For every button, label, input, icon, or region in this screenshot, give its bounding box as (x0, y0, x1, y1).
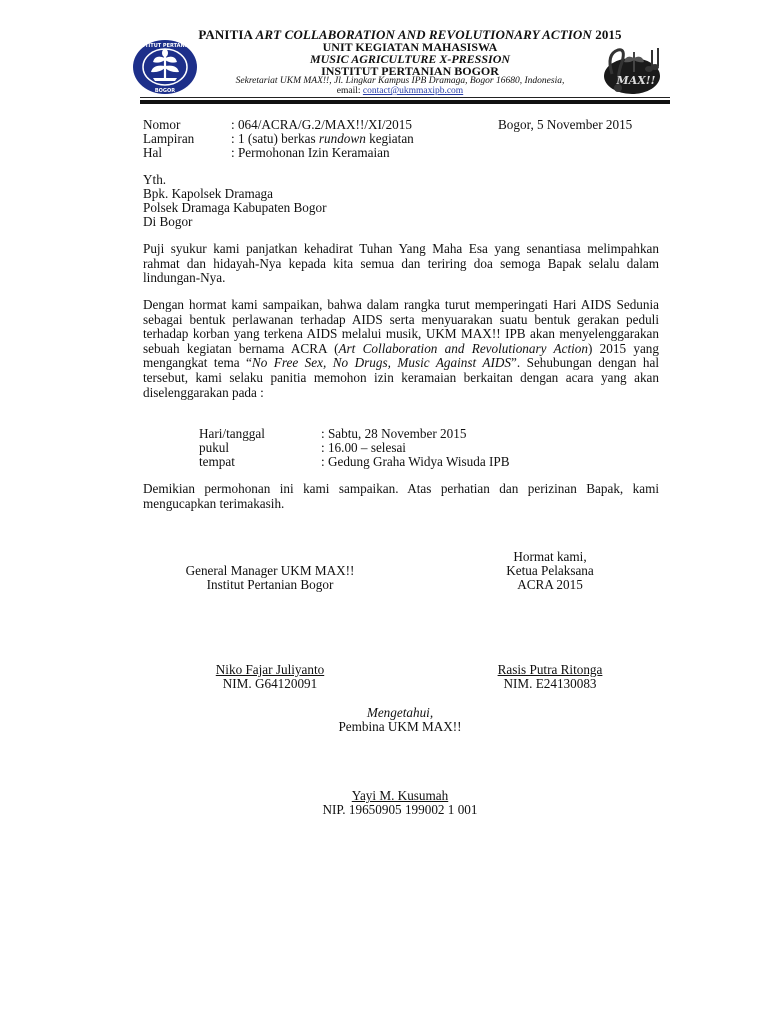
title-suffix: 2015 (595, 27, 621, 42)
hal-value: : Permohonan Izin Keramaian (231, 145, 390, 161)
main-paragraph: Dengan hormat kami sampaikan, bahwa dala… (143, 298, 659, 400)
letterhead-email: email: contact@ukmmaxipb.com (190, 86, 610, 97)
right-subtitle: ACRA 2015 (440, 578, 660, 593)
max-music-logo-icon: MAX!! (600, 44, 668, 98)
detail-value-place: : Gedung Graha Widya Wisuda IPB (321, 454, 510, 470)
right-signatory-id: NIM. E24130083 (440, 677, 660, 692)
letterhead-rule-thin (140, 97, 670, 98)
event-full-name: Art Collaboration and Revolutionary Acti… (338, 341, 588, 356)
closing-paragraph: Demikian permohonan ini kami sampaikan. … (143, 482, 659, 511)
svg-text:BOGOR: BOGOR (155, 88, 175, 94)
letterhead-rule-thick (140, 100, 670, 104)
center-signatory-id: NIP. 19650905 199002 1 001 (300, 803, 500, 818)
detail-label-place: tempat (199, 454, 235, 470)
email-label: email: (337, 86, 361, 96)
left-subtitle: Institut Pertanian Bogor (150, 578, 390, 593)
lampiran-suffix: kegiatan (366, 131, 414, 146)
opening-paragraph: Puji syukur kami panjatkan kehadirat Tuh… (143, 242, 659, 286)
lampiran-prefix: : 1 (satu) berkas (231, 131, 319, 146)
recipient-city: Di Bogor (143, 215, 192, 230)
lampiran-italic: rundown (319, 131, 366, 146)
event-theme: No Free Sex, No Drugs, Music Against AID… (252, 355, 511, 370)
center-title: Pembina UKM MAX!! (300, 720, 500, 735)
email-link[interactable]: contact@ukmmaxipb.com (363, 86, 463, 96)
svg-text:MAX!!: MAX!! (616, 74, 656, 87)
hal-label: Hal (143, 145, 162, 161)
letter-date: Bogor, 5 November 2015 (498, 117, 632, 133)
left-signatory-id: NIM. G64120091 (150, 677, 390, 692)
title-prefix: PANITIA (198, 27, 252, 42)
letter-page: INSTITUT PERTANIAN BOGOR PANITIA ART COL… (0, 0, 768, 1024)
